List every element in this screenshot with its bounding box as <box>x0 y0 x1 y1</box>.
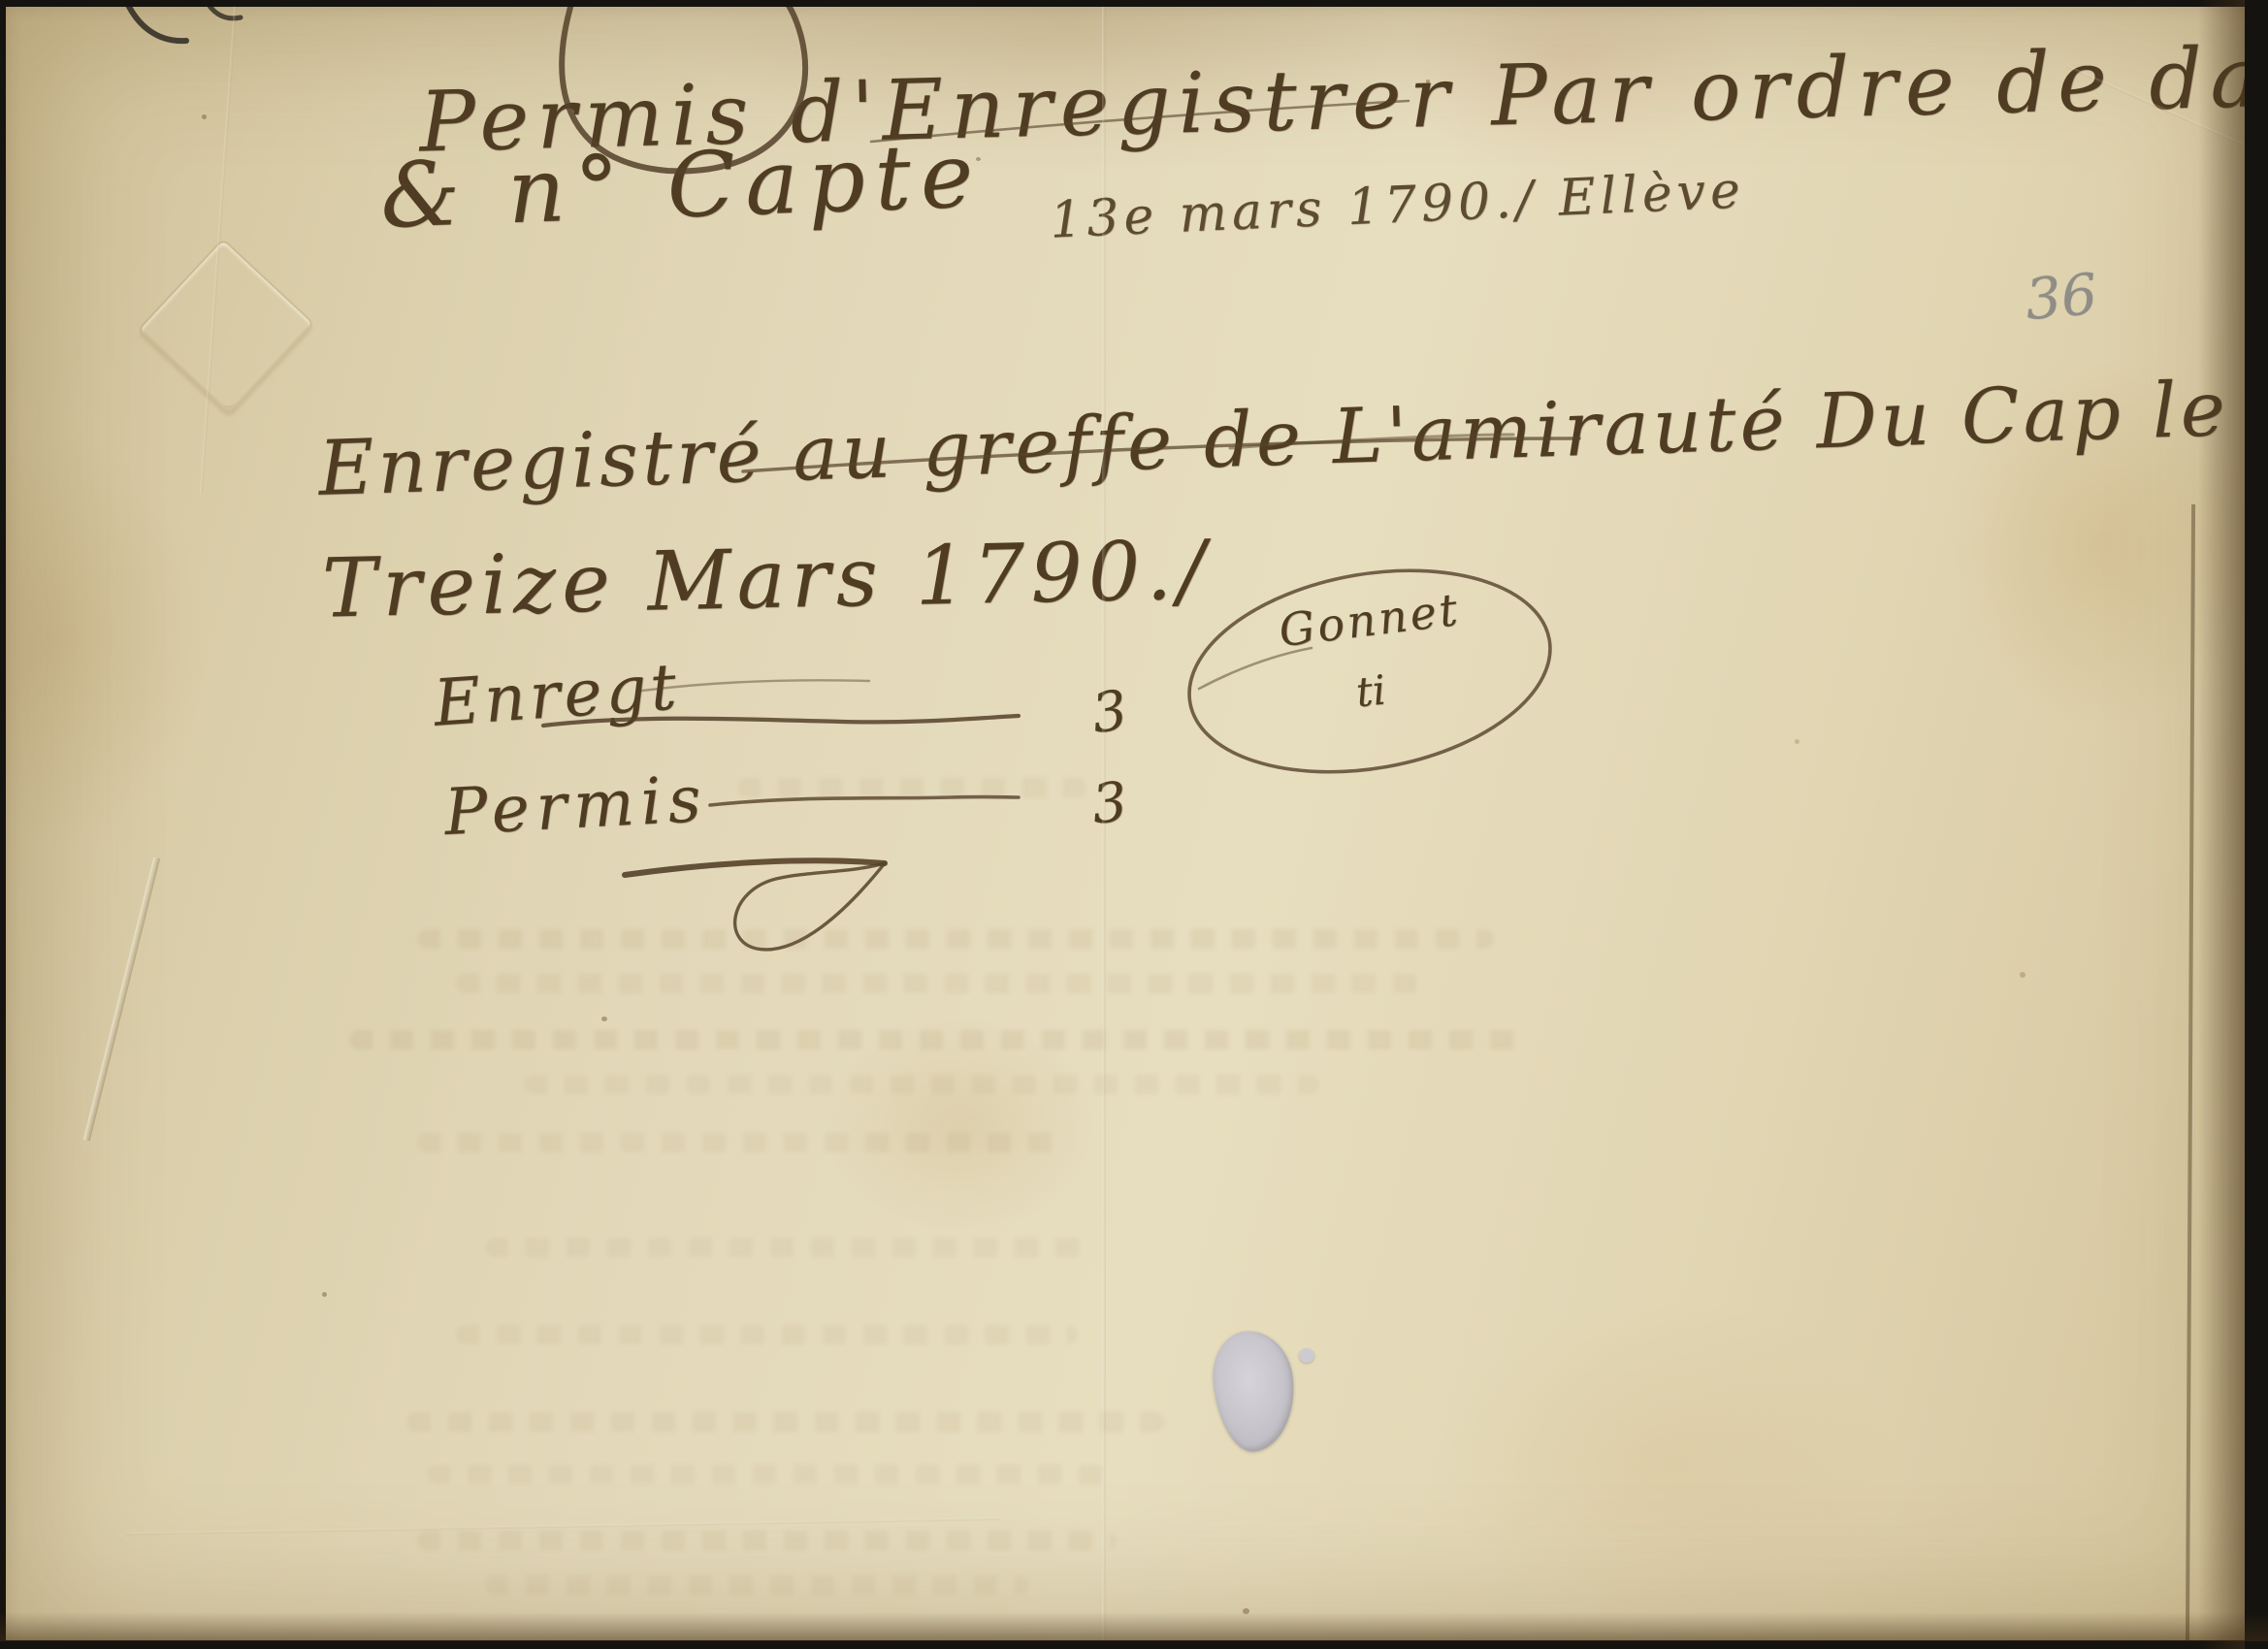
fee-amount-permis: 3 <box>1089 770 1130 836</box>
verso-showthrough-band <box>737 778 1086 797</box>
foxing-speck <box>2020 972 2025 978</box>
scan-edge-right <box>2245 0 2268 1649</box>
verso-showthrough-band <box>407 1412 1164 1432</box>
verso-showthrough-band <box>427 1465 1106 1484</box>
verso-showthrough-band <box>485 1238 1086 1257</box>
ink-flourishes <box>0 0 2268 1649</box>
foxing-speck <box>1795 739 1799 744</box>
verso-showthrough-band <box>456 974 1426 993</box>
verso-showthrough-band <box>417 929 1494 949</box>
foxing-speck <box>202 114 207 119</box>
scan-edge-bottom <box>0 1640 2268 1649</box>
right-page-edge-shadow <box>2186 504 2195 1649</box>
scanned-document-page: Permis d'Enregistrer Par ordre de date &… <box>0 0 2268 1649</box>
header-line2-main: & n° Capte <box>378 123 985 248</box>
signature-name: Gonnet <box>1276 583 1463 657</box>
signature-paraph: ti <box>1354 666 1388 717</box>
verso-showthrough-band <box>524 1075 1319 1094</box>
foxing-speck <box>601 1017 607 1021</box>
registration-line2: Treize Mars 1790./ <box>321 522 1212 635</box>
verso-showthrough-band <box>417 1531 1116 1550</box>
right-edge-shading <box>2198 0 2245 1649</box>
foxing-speck <box>322 1292 327 1297</box>
paper-repair-dot <box>1299 1348 1314 1363</box>
registration-line1: Enregistré au greffe de L'amirauté Du Ca… <box>317 366 2230 513</box>
header-line2-detail: 13e mars 1790./ Ellève <box>1049 161 1746 249</box>
fee-amount-enregt: 3 <box>1088 679 1131 746</box>
foxing-speck <box>976 157 981 161</box>
verso-showthrough-band <box>485 1575 1028 1595</box>
paper-repair-blob <box>1209 1327 1301 1455</box>
embossed-blind-stamp <box>137 238 315 416</box>
pencil-folio-number: 36 <box>2023 261 2099 333</box>
bottom-edge-shading <box>0 1612 2268 1641</box>
foxing-speck <box>1243 1608 1249 1614</box>
verso-showthrough-band <box>349 1030 1523 1050</box>
foxing-speck <box>1426 80 1430 83</box>
verso-showthrough-band <box>456 1325 1077 1344</box>
scan-edge-left <box>0 0 6 1649</box>
scan-edge-top <box>0 0 2268 7</box>
verso-showthrough-band <box>417 1133 1057 1152</box>
bottom-left-tear <box>83 857 160 1142</box>
fee-label-enregt: Enregt <box>432 649 683 741</box>
fee-label-permis: Permis <box>442 761 709 850</box>
